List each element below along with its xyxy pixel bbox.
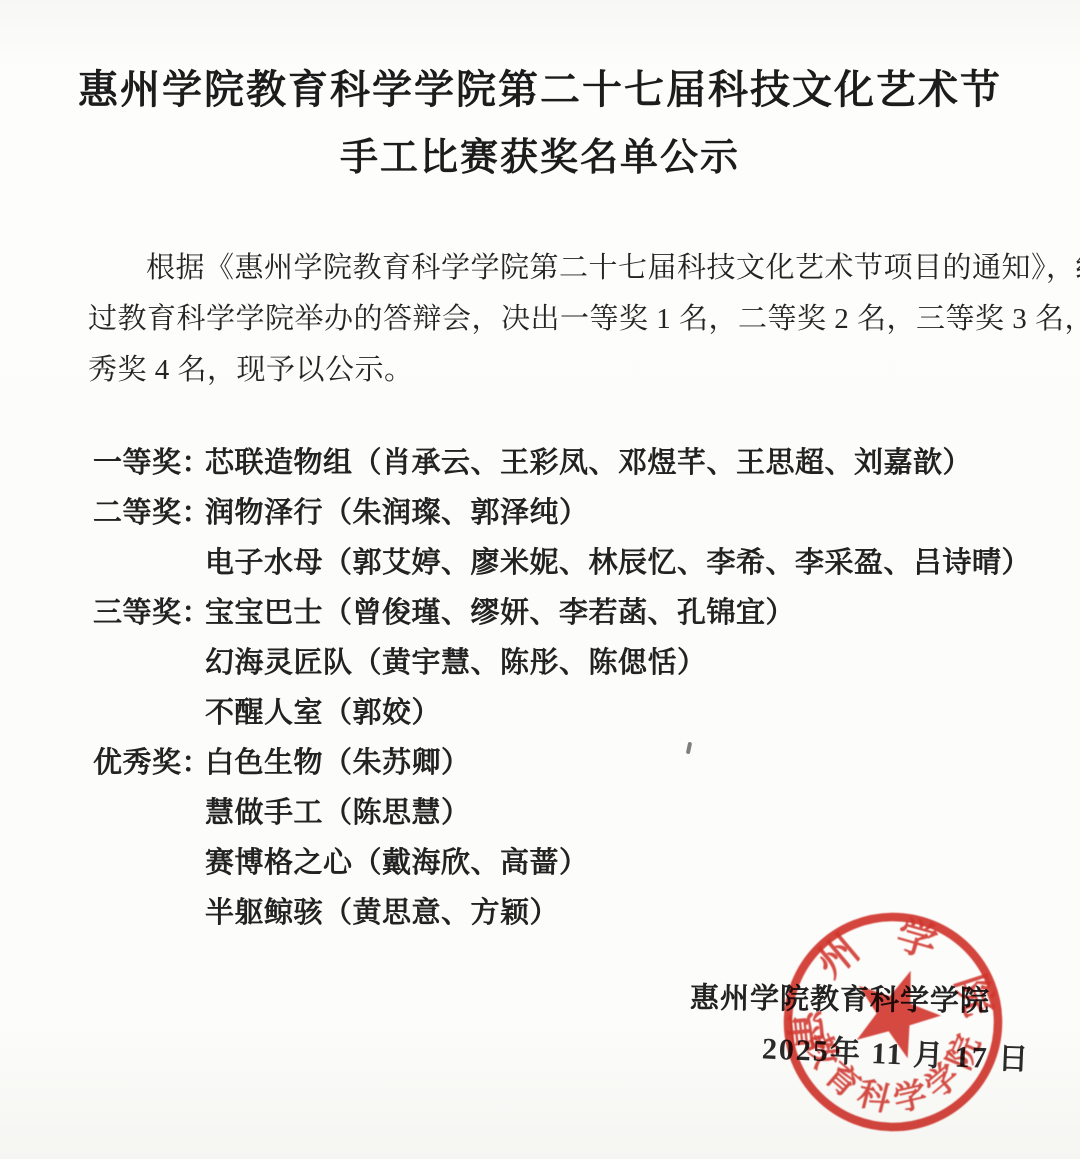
team-name: 幻海灵匠队 xyxy=(205,638,353,688)
team-name: 白色生物 xyxy=(205,738,323,788)
team-members: （曾俊瑾、缪妍、李若菡、孔锦宜） xyxy=(323,588,795,638)
team-members: （郭姣） xyxy=(323,688,441,738)
team-members: （朱润璨、郭泽纯） xyxy=(323,488,589,538)
award-rank-label xyxy=(93,838,205,888)
award-rank-label xyxy=(93,638,205,688)
team-members: （黄宇慧、陈彤、陈偲恬） xyxy=(353,638,707,688)
team-members: （郭艾婷、廖米妮、林辰忆、李希、李采盈、吕诗晴） xyxy=(323,538,1031,588)
award-rank-label xyxy=(93,538,205,588)
intro-paragraph: 根据《惠州学院教育科学学院第二十七届科技文化艺术节项目的通知》，经 过教育科学学… xyxy=(88,243,988,396)
award-row-second-prize: 电子水母 （郭艾婷、廖米妮、林辰忆、李希、李采盈、吕诗晴） xyxy=(93,538,1023,588)
award-rank-label xyxy=(93,888,205,938)
award-row-third-prize: 不醒人室 （郭姣） xyxy=(93,688,1023,738)
official-seal-stamp: 惠州学院 教育科学学院 xyxy=(778,907,1008,1137)
award-rank-label: 一等奖： xyxy=(93,438,205,488)
team-members: （戴海欣、高蔷） xyxy=(353,838,589,888)
award-rank-label: 三等奖： xyxy=(93,588,205,638)
award-row-third-prize: 幻海灵匠队 （黄宇慧、陈彤、陈偲恬） xyxy=(93,638,1023,688)
award-rank-label: 优秀奖： xyxy=(93,738,205,788)
team-members: （朱苏卿） xyxy=(323,738,471,788)
award-rank-label xyxy=(93,788,205,838)
award-row-third-prize: 三等奖： 宝宝巴士 （曾俊瑾、缪妍、李若菡、孔锦宜） xyxy=(93,588,1023,638)
award-list: 一等奖： 芯联造物组 （肖承云、王彩凤、邓煜芊、王思超、刘嘉歆） 二等奖： 润物… xyxy=(93,438,1023,938)
team-name: 半躯鲸骇 xyxy=(205,888,323,938)
announcement-document: 惠州学院教育科学学院第二十七届科技文化艺术节 手工比赛获奖名单公示 根据《惠州学… xyxy=(0,0,1080,1159)
team-name: 慧做手工 xyxy=(205,788,323,838)
team-members: （黄思意、方颖） xyxy=(323,888,559,938)
award-row-excellence-prize: 慧做手工 （陈思慧） xyxy=(93,788,1023,838)
award-rank-label xyxy=(93,688,205,738)
team-name: 润物泽行 xyxy=(205,488,323,538)
team-members: （陈思慧） xyxy=(323,788,471,838)
award-row-second-prize: 二等奖： 润物泽行 （朱润璨、郭泽纯） xyxy=(93,488,1023,538)
svg-text:州: 州 xyxy=(808,926,868,986)
award-row-excellence-prize: 优秀奖： 白色生物 （朱苏卿） xyxy=(93,738,1023,788)
intro-line: 秀奖 4 名，现予以公示。 xyxy=(88,345,988,396)
document-title-line1: 惠州学院教育科学学院第二十七届科技文化艺术节 xyxy=(0,66,1080,114)
award-row-excellence-prize: 赛博格之心 （戴海欣、高蔷） xyxy=(93,838,1023,888)
team-name: 宝宝巴士 xyxy=(205,588,323,638)
team-name: 电子水母 xyxy=(205,538,323,588)
intro-line: 过教育科学学院举办的答辩会，决出一等奖 1 名，二等奖 2 名，三等奖 3 名，… xyxy=(88,294,988,345)
award-rank-label: 二等奖： xyxy=(93,488,205,538)
team-members: （肖承云、王彩凤、邓煜芊、王思超、刘嘉歆） xyxy=(353,438,973,488)
award-row-first-prize: 一等奖： 芯联造物组 （肖承云、王彩凤、邓煜芊、王思超、刘嘉歆） xyxy=(93,438,1023,488)
team-name: 赛博格之心 xyxy=(205,838,353,888)
team-name: 芯联造物组 xyxy=(205,438,353,488)
intro-line: 根据《惠州学院教育科学学院第二十七届科技文化艺术节项目的通知》，经 xyxy=(88,243,988,294)
team-name: 不醒人室 xyxy=(205,688,323,738)
document-title-line2: 手工比赛获奖名单公示 xyxy=(0,134,1080,182)
stamp-star-icon xyxy=(841,956,952,1064)
